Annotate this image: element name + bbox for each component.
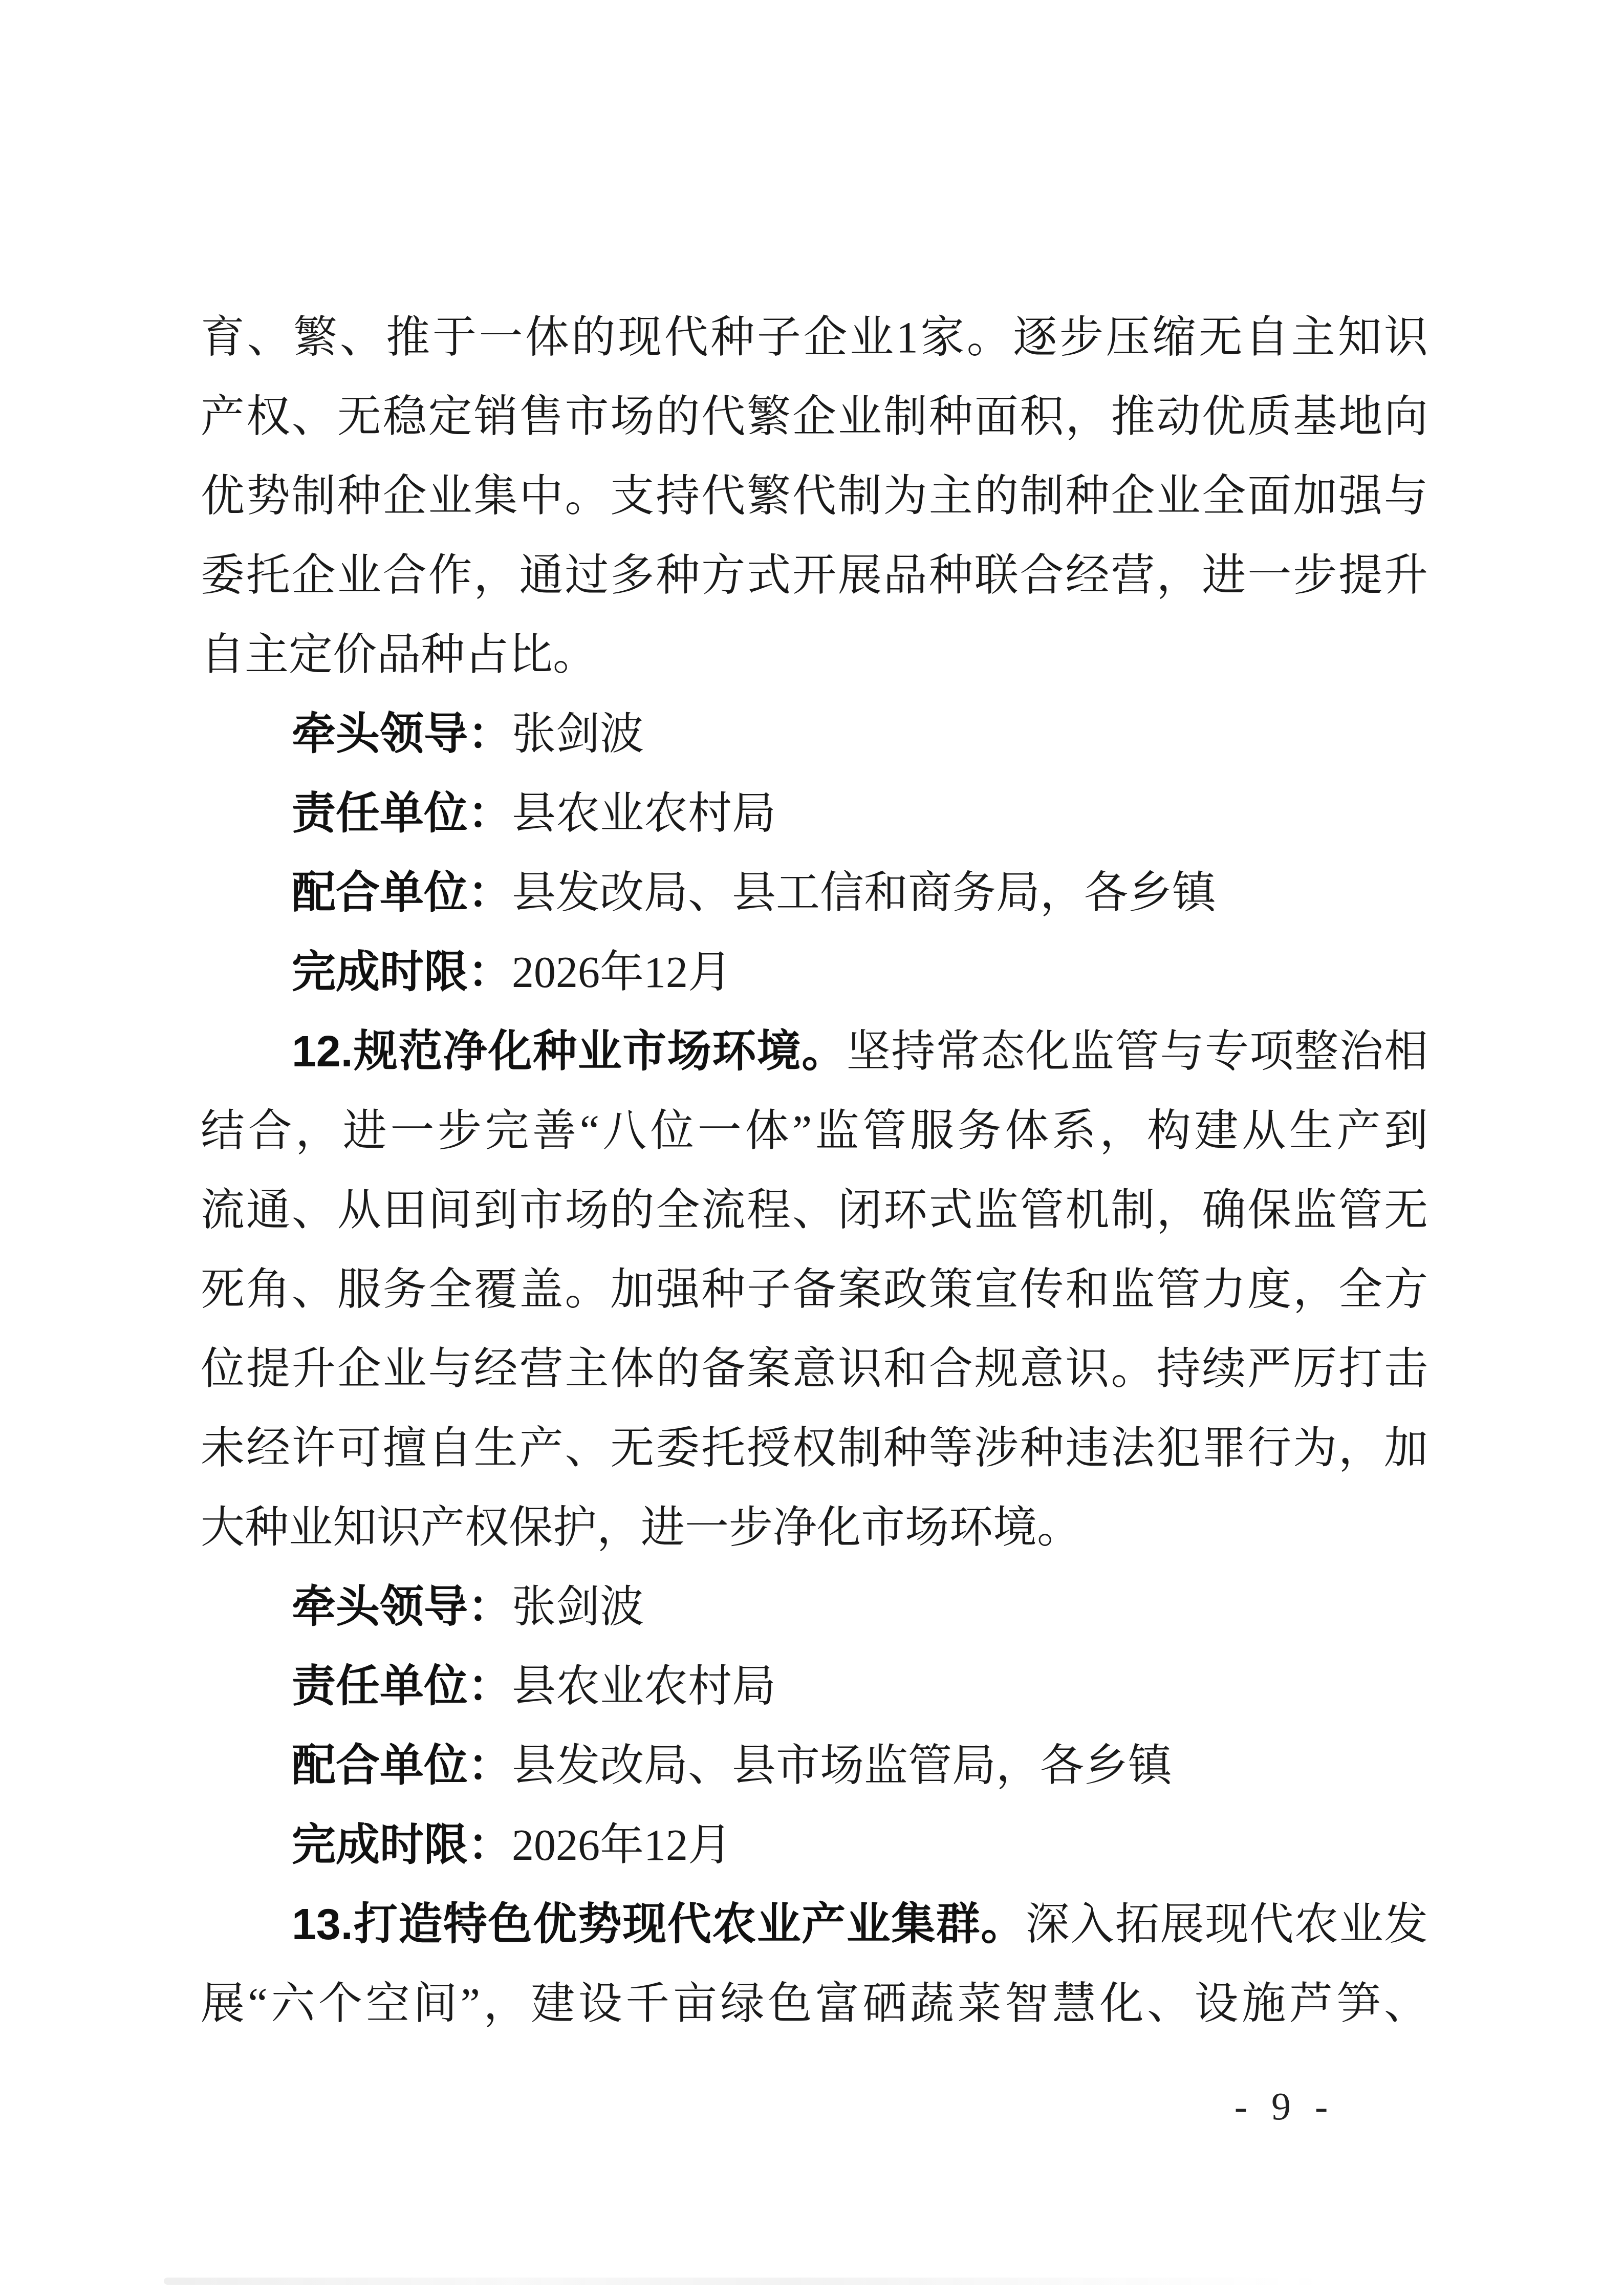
body-line: 大种业知识产权保护，进一步净化市场环境。 [201, 1488, 1428, 1568]
body-line: 自主定价品种占比。 [201, 615, 1428, 695]
info-label: 牵头领导： [292, 1582, 512, 1632]
section-heading-bold: 13.打造特色优势现代农业产业集群。 [292, 1900, 1026, 1949]
document-body: 育、繁、推于一体的现代种子企业1家。逐步压缩无自主知识 产权、无稳定销售市场的代… [201, 298, 1428, 2044]
info-value: 县农业农村局 [512, 1662, 776, 1711]
info-label: 责任单位： [292, 789, 512, 838]
info-value: 县农业农村局 [512, 789, 776, 838]
document-page: 育、繁、推于一体的现代种子企业1家。逐步压缩无自主知识 产权、无稳定销售市场的代… [0, 0, 1624, 2296]
section-heading-bold: 12.规范净化种业市场环境。 [292, 1027, 847, 1076]
info-label: 完成时限： [292, 1820, 512, 1870]
info-line-deadline: 完成时限：2026年12月 [201, 1806, 1428, 1885]
info-line-cooperating-unit: 配合单位：县发改局、县工信和商务局，各乡镇 [201, 853, 1428, 933]
info-line-cooperating-unit: 配合单位：县发改局、县市场监管局，各乡镇 [201, 1726, 1428, 1806]
info-value: 2026年12月 [512, 1820, 732, 1870]
info-value: 2026年12月 [512, 948, 732, 997]
body-line: 流通、从田间到市场的全流程、闭环式监管机制，确保监管无 [201, 1171, 1428, 1250]
info-label: 完成时限： [292, 948, 512, 997]
body-line: 位提升企业与经营主体的备案意识和合规意识。持续严厉打击 [201, 1329, 1428, 1409]
section-heading-13: 13.打造特色优势现代农业产业集群。深入拓展现代农业发 [201, 1885, 1428, 1964]
body-line: 结合，进一步完善“八位一体”监管服务体系，构建从生产到 [201, 1091, 1428, 1171]
body-line: 展“六个空间”，建设千亩绿色富硒蔬菜智慧化、设施芦笋、 [201, 1964, 1428, 2044]
body-line: 死角、服务全覆盖。加强种子备案政策宣传和监管力度，全方 [201, 1250, 1428, 1329]
info-value: 县发改局、县工信和商务局，各乡镇 [512, 868, 1216, 917]
body-text: 深入拓展现代农业发 [1026, 1900, 1428, 1949]
section-heading-12: 12.规范净化种业市场环境。坚持常态化监管与专项整治相 [201, 1012, 1428, 1091]
info-line-deadline: 完成时限：2026年12月 [201, 933, 1428, 1012]
body-line: 产权、无稳定销售市场的代繁企业制种面积，推动优质基地向 [201, 377, 1428, 457]
info-line-responsible-unit: 责任单位：县农业农村局 [201, 774, 1428, 853]
info-line-lead-leader: 牵头领导：张剑波 [201, 1568, 1428, 1647]
info-label: 配合单位： [292, 868, 512, 917]
body-line: 优势制种企业集中。支持代繁代制为主的制种企业全面加强与 [201, 457, 1428, 536]
info-value: 张剑波 [512, 710, 644, 759]
body-line: 育、繁、推于一体的现代种子企业1家。逐步压缩无自主知识 [201, 298, 1428, 377]
body-text: 坚持常态化监管与专项整治相 [847, 1027, 1428, 1076]
info-label: 配合单位： [292, 1741, 512, 1790]
info-label: 牵头领导： [292, 710, 512, 759]
info-value: 张剑波 [512, 1582, 644, 1632]
page-number: - 9 - [1193, 2085, 1377, 2129]
info-value: 县发改局、县市场监管局，各乡镇 [512, 1741, 1172, 1790]
body-line: 未经许可擅自生产、无委托授权制种等涉种违法犯罪行为，加 [201, 1409, 1428, 1488]
info-line-lead-leader: 牵头领导：张剑波 [201, 695, 1428, 774]
info-line-responsible-unit: 责任单位：县农业农村局 [201, 1647, 1428, 1726]
info-label: 责任单位： [292, 1662, 512, 1711]
body-line: 委托企业合作，通过多种方式开展品种联合经营，进一步提升 [201, 536, 1428, 615]
scan-edge-artifact [164, 2278, 1320, 2285]
